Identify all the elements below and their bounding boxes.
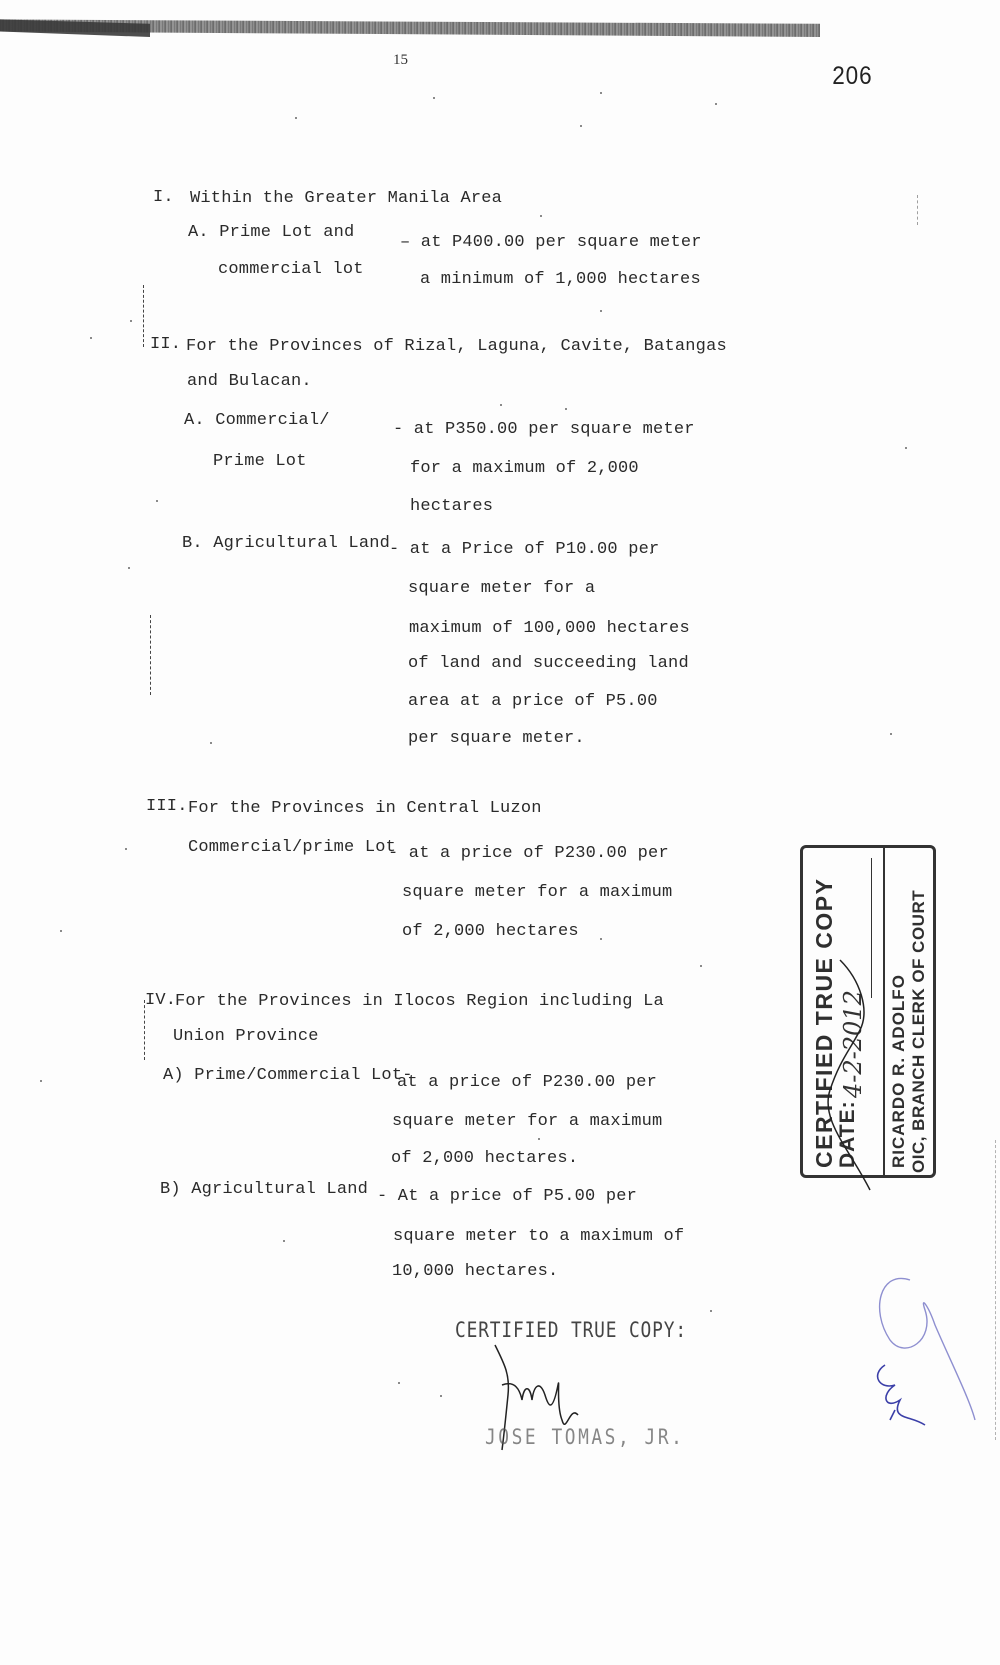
section-4-item-b-label: B) Agricultural Land bbox=[160, 1180, 368, 1199]
certifier-name: JOSE TOMAS, JR. bbox=[485, 1425, 684, 1449]
section-2-item-b-term-5: area at a price of P5.00 bbox=[408, 692, 658, 711]
section-4-numeral: IV. bbox=[145, 991, 176, 1010]
margin-mark bbox=[995, 1140, 996, 1440]
page-number-right: 206 bbox=[832, 62, 872, 91]
section-4-item-a-term-3: of 2,000 hectares. bbox=[391, 1149, 578, 1168]
section-3-item-term-3: of 2,000 hectares bbox=[402, 922, 579, 941]
scan-artifact-bar-dark bbox=[0, 15, 150, 37]
section-4-title-line2: Union Province bbox=[173, 1027, 319, 1046]
section-4-item-a-label: A) Prime/Commercial Lot- bbox=[163, 1066, 413, 1085]
certification-label: CERTIFIED TRUE COPY: bbox=[455, 1318, 687, 1342]
section-4-item-a-term-2: square meter for a maximum bbox=[392, 1112, 662, 1131]
section-2-item-a-label: A. Commercial/ bbox=[184, 411, 330, 430]
section-1-item-a-term-1: – at P400.00 per square meter bbox=[400, 233, 702, 252]
section-4-item-b-term-1: - At a price of P5.00 per bbox=[377, 1187, 637, 1206]
section-1-numeral: I. bbox=[153, 188, 174, 207]
section-2-item-a-term-3: hectares bbox=[410, 497, 493, 516]
section-2-item-b-term-3: maximum of 100,000 hectares bbox=[409, 619, 690, 638]
section-3-item-term-1: - at a price of P230.00 per bbox=[388, 844, 669, 863]
section-3-title: For the Provinces in Central Luzon bbox=[188, 799, 542, 818]
stamp-signature-icon bbox=[800, 920, 940, 1200]
section-1-item-a-term-2: a minimum of 1,000 hectares bbox=[420, 270, 701, 289]
section-2-item-b-term-2: square meter for a bbox=[408, 579, 595, 598]
section-2-title-line2: and Bulacan. bbox=[187, 372, 312, 391]
section-1-item-a-label-line2: commercial lot bbox=[218, 260, 364, 279]
section-3-item-label: Commercial/prime Lot bbox=[188, 838, 396, 857]
document-page: 15 206 I. Within the Greater Manila Area… bbox=[0, 0, 1000, 1665]
section-2-item-b-term-6: per square meter. bbox=[408, 729, 585, 748]
section-1-title: Within the Greater Manila Area bbox=[190, 189, 502, 208]
section-4-item-b-term-3: 10,000 hectares. bbox=[392, 1262, 558, 1281]
section-2-item-a-label-line2: Prime Lot bbox=[213, 452, 307, 471]
margin-mark bbox=[150, 615, 151, 695]
section-1-item-a-label: A. Prime Lot and bbox=[188, 223, 354, 242]
section-2-item-a-term-1: - at P350.00 per square meter bbox=[393, 420, 695, 439]
margin-mark bbox=[143, 285, 144, 347]
handwritten-signature-icon bbox=[850, 1270, 1000, 1450]
section-3-item-term-2: square meter for a maximum bbox=[402, 883, 672, 902]
section-3-numeral: III. bbox=[146, 797, 188, 816]
section-4-item-b-term-2: square meter to a maximum of bbox=[393, 1227, 684, 1246]
section-2-item-b-term-4: of land and succeeding land bbox=[408, 654, 689, 673]
section-2-title: For the Provinces of Rizal, Laguna, Cavi… bbox=[186, 337, 727, 356]
page-number-center: 15 bbox=[393, 52, 408, 69]
margin-mark bbox=[917, 195, 918, 225]
section-2-item-b-label: B. Agricultural Land bbox=[182, 534, 390, 553]
section-4-item-a-term-1: at a price of P230.00 per bbox=[397, 1073, 657, 1092]
section-2-item-b-term-1: - at a Price of P10.00 per bbox=[389, 540, 659, 559]
section-2-numeral: II. bbox=[150, 335, 181, 354]
section-2-item-a-term-2: for a maximum of 2,000 bbox=[410, 459, 639, 478]
section-4-title: For the Provinces in Ilocos Region inclu… bbox=[175, 992, 664, 1011]
